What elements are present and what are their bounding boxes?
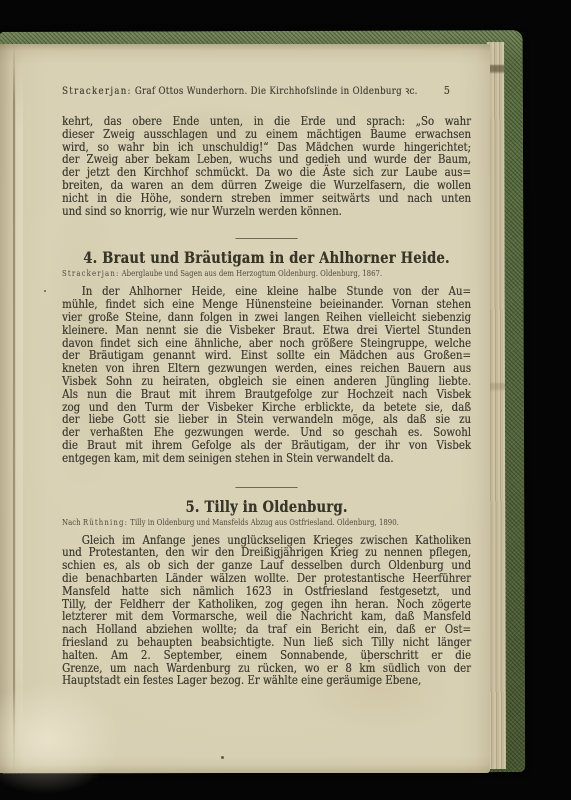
text-line: entgegen kam, mit dem seinigen stehen in… <box>62 452 471 465</box>
section-divider <box>235 238 297 239</box>
gutter-crease-highlight <box>16 59 23 759</box>
page-text-block: Strackerjan: Graf Ottos Wunderhorn. Die … <box>62 84 471 687</box>
source-rest: Aberglaube und Sagen aus dem Herzogtum O… <box>119 269 382 279</box>
section-4: 4. Braut und Bräutigam in der Ahlhorner … <box>62 238 471 464</box>
gutter-crease <box>13 44 15 773</box>
section-5: 5. Tilly in Oldenburg. Nach Rüthning: Ti… <box>62 487 471 688</box>
source-rest: Tilly in Oldenburg und Mansfelds Abzug a… <box>128 518 399 528</box>
paragraph-continuation: kehrt, das obere Ende unten, in die Erde… <box>62 115 471 217</box>
running-head: Strackerjan: Graf Ottos Wunderhorn. Die … <box>62 84 471 98</box>
section-heading: 5. Tilly in Oldenburg. <box>62 498 471 515</box>
section-divider <box>235 487 297 488</box>
text-line: und sind so knorrig, wie nur Wurzeln wer… <box>62 205 471 218</box>
scanned-book-photo: Strackerjan: Graf Ottos Wunderhorn. Die … <box>0 0 571 800</box>
section-source-note: Strackerjan: Aberglaube und Sagen aus de… <box>62 269 471 279</box>
section-source-note: Nach Rüthning: Tilly in Oldenburg und Ma… <box>62 518 471 528</box>
running-head-author: Strackerjan: <box>62 85 132 97</box>
paper-speck <box>44 290 46 292</box>
source-author: Rüthning: <box>83 518 128 528</box>
text-line: Hauptstadt ein festes Lager bezog. Er wä… <box>62 674 471 687</box>
section-heading: 4. Braut und Bräutigam in der Ahlhorner … <box>62 249 471 266</box>
running-head-title: Graf Ottos Wunderhorn. Die Kirchhofslind… <box>135 85 418 97</box>
running-head-text: Strackerjan: Graf Ottos Wunderhorn. Die … <box>62 85 418 98</box>
section-paragraph: In der Ahlhorner Heide, eine kleine halb… <box>62 285 471 464</box>
section-paragraph: Gleich im Anfange jenes unglückseligen K… <box>62 534 471 688</box>
page-number: 5 <box>444 84 471 97</box>
source-author: Strackerjan: <box>62 269 119 279</box>
paper-speck <box>221 756 224 759</box>
source-prefix: Nach <box>62 518 83 528</box>
